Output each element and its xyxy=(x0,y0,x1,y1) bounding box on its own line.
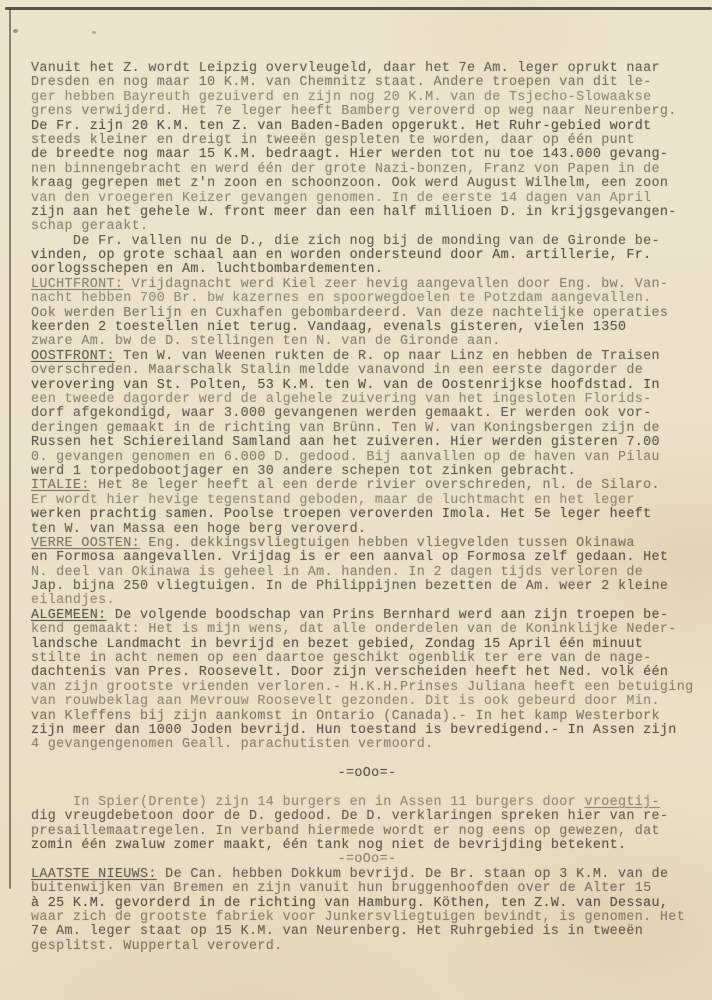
typewritten-text: Russen het Schiereiland Samland aan het … xyxy=(31,435,660,450)
text-line: dig vreugdebetoon door de D. gedood. De … xyxy=(31,810,703,824)
typewritten-text: oorlogsschepen en Am. luchtbombardemente… xyxy=(31,262,383,277)
text-line: en Formosa aangevallen. Vrijdag is er ee… xyxy=(31,551,703,565)
underlined-text: ITALIE: xyxy=(31,478,90,493)
typewritten-text: Dresden en nog maar 10 K.M. van Chemnitz… xyxy=(31,75,652,90)
document-text: Vanuit het Z. wordt Leipzig overvleugeld… xyxy=(31,62,703,954)
underlined-text: LUCHTFRONT: xyxy=(31,277,123,292)
typewritten-text: keerden 2 toestellen niet terug. Vandaag… xyxy=(31,320,626,335)
text-line: presaillemaatregelen. In verband hiermed… xyxy=(31,825,703,839)
text-line: 0. gevangen genomen en 6.000 D. gedood. … xyxy=(31,451,703,465)
typewritten-text: van rouwbeklag aan Mevrouw Roosevelt gez… xyxy=(31,694,660,709)
underlined-text: VERRE OOSTEN: xyxy=(31,536,140,551)
typewritten-text: waar zich de grootste fabriek voor Junke… xyxy=(31,910,685,925)
text-line: 7e Am. leger staat op 15 K.M. van Neuren… xyxy=(31,925,703,939)
ink-speck xyxy=(92,31,96,34)
typewritten-text: zijn meer dan 1000 Joden bevrijd. Hun to… xyxy=(31,723,677,738)
typewritten-text: De Can. hebben Dokkum bevrijd. De Br. st… xyxy=(157,867,669,882)
text-line: ger hebben Bayreuth gezuiverd en zijn no… xyxy=(31,91,703,105)
text-line: oorlogsschepen en Am. luchtbombardemente… xyxy=(31,263,703,277)
underlined-text: LAATSTE NIEUWS: xyxy=(31,867,157,882)
text-line: van den vroegeren Keizer gevangen genome… xyxy=(31,192,703,206)
typewritten-text: 4 gevangengenomen Geall. parachutisten v… xyxy=(31,737,434,752)
text-line: Russen het Schiereiland Samland aan het … xyxy=(31,436,703,450)
typewritten-text: zomin één zwaluw zomer maakt, één tank n… xyxy=(31,838,626,853)
typewritten-text: De Fr. zijn 20 K.M. ten Z. van Baden-Bad… xyxy=(31,119,652,134)
text-line: kend gemaakt: Het is mijn wens, dat alle… xyxy=(31,623,703,637)
typewritten-text: zware Am. bw de D. stellingen ten N. van… xyxy=(31,334,501,349)
text-line: zware Am. bw de D. stellingen ten N. van… xyxy=(31,335,703,349)
text-line: landsche Landmacht in bevrijd en bezet g… xyxy=(31,638,703,652)
ink-speck xyxy=(13,29,18,33)
typewritten-text: gesplitst. Wuppertal veroverd. xyxy=(31,939,283,954)
typewritten-text: Het 8e leger heeft al een derde rivier o… xyxy=(90,478,660,493)
typewritten-text: kraag gegrepen met z'n zoon en schoonzoo… xyxy=(31,176,668,191)
text-line: 4 gevangengenomen Geall. parachutisten v… xyxy=(31,738,703,752)
typewritten-text: steeds kleiner en dreigt in tweeën gespl… xyxy=(31,133,635,148)
typewritten-text: N. deel van Okinawa is geheel in Am. han… xyxy=(31,565,643,580)
typewritten-text: verovering van St. Polten, 53 K.M. ten W… xyxy=(31,378,660,393)
text-line: gesplitst. Wuppertal veroverd. xyxy=(31,940,703,954)
typewritten-text: overschreden. Maarschalk Stalin meldde v… xyxy=(31,363,643,378)
scanned-document-page: { "colors": { "paper": "#ebe1c9", "ink":… xyxy=(0,0,712,1000)
typewritten-text: vinden, op grote schaal aan en worden on… xyxy=(31,248,652,263)
typewritten-text: ger hebben Bayreuth gezuiverd en zijn no… xyxy=(31,90,652,105)
typewritten-text: In Spier(Drente) zijn 14 burgers en in A… xyxy=(31,795,584,810)
typewritten-text: deringen gemaakt in de richting van Brün… xyxy=(31,421,660,436)
text-line: werken prachtig samen. Poolse troepen ve… xyxy=(31,508,703,522)
typewritten-text: van den vroegeren Keizer gevangen genome… xyxy=(31,191,652,206)
blank-line xyxy=(31,782,703,796)
typewritten-text: Ten W. van Weenen rukten de R. op naar L… xyxy=(115,349,660,364)
text-line: ten W. van Massa een hoge berg veroverd. xyxy=(31,523,703,537)
underlined-text: OOSTFRONT: xyxy=(31,349,115,364)
underlined-text: vroegtij- xyxy=(584,795,659,810)
typewritten-text: een tweede dagorder werd de algehele zui… xyxy=(31,392,652,407)
typewritten-text: Ook werden Berlijn en Cuxhafen gebombard… xyxy=(31,306,668,321)
text-line: deringen gemaakt in de richting van Brün… xyxy=(31,422,703,436)
scan-edge-left xyxy=(9,9,11,889)
typewritten-text: De volgende boodschap van Prins Bernhard… xyxy=(106,608,668,623)
typewritten-text: Vrijdagnacht werd Kiel zeer hevig aangev… xyxy=(123,277,668,292)
text-line: van Kleffens bij zijn aankomst in Ontari… xyxy=(31,710,703,724)
text-line: eilandjes. xyxy=(31,594,703,608)
typewritten-text: presaillemaatregelen. In verband hiermed… xyxy=(31,824,660,839)
typewritten-text: van zijn grootste vrienden verloren.- H.… xyxy=(31,680,693,695)
typewritten-text: dig vreugdebetoon door de D. gedood. De … xyxy=(31,809,668,824)
text-line: van rouwbeklag aan Mevrouw Roosevelt gez… xyxy=(31,695,703,709)
text-line: verovering van St. Polten, 53 K.M. ten W… xyxy=(31,379,703,393)
typewritten-text: 7e Am. leger staat op 15 K.M. van Neuren… xyxy=(31,924,643,939)
typewritten-text: à 25 K.M. gevorderd in de richting van H… xyxy=(31,896,668,911)
text-line: De Fr. zijn 20 K.M. ten Z. van Baden-Bad… xyxy=(31,120,703,134)
blank-line xyxy=(31,753,703,767)
typewritten-text: dorf afgekondigd, waar 3.000 gevangenen … xyxy=(31,406,652,421)
typewritten-text: Jap. bijna 250 vliegtuigen. In de Philip… xyxy=(31,579,668,594)
section-separator: -=oOo=- xyxy=(31,767,703,781)
text-line: schap geraakt. xyxy=(31,220,703,234)
typewritten-text: zijn aan het gehele W. front meer dan ee… xyxy=(31,205,677,220)
text-line: buitenwijken van Bremen en zijn vanuit h… xyxy=(31,882,703,896)
typewritten-text: werken prachtig samen. Poolse troepen ve… xyxy=(31,507,652,522)
text-line: nen binnengebracht en werd één der grote… xyxy=(31,163,703,177)
text-line: ITALIE: Het 8e leger heeft al een derde … xyxy=(31,479,703,493)
text-line: de breedte nog maar 15 K.M. bedraagt. Hi… xyxy=(31,148,703,162)
typewritten-text: werd 1 torpedobootjager en 30 andere sch… xyxy=(31,464,576,479)
text-line: N. deel van Okinawa is geheel in Am. han… xyxy=(31,566,703,580)
typewritten-text: van Kleffens bij zijn aankomst in Ontari… xyxy=(31,709,660,724)
typewritten-text: kend gemaakt: Het is mijn wens, dat alle… xyxy=(31,622,677,637)
typewritten-text: de breedte nog maar 15 K.M. bedraagt. Hi… xyxy=(31,147,668,162)
text-line: kraag gegrepen met z'n zoon en schoonzoo… xyxy=(31,177,703,191)
text-line: grens verwijderd. Het 7e leger heeft Bam… xyxy=(31,105,703,119)
text-line: overschreden. Maarschalk Stalin meldde v… xyxy=(31,364,703,378)
typewritten-text: buitenwijken van Bremen en zijn vanuit h… xyxy=(31,881,652,896)
text-line: dorf afgekondigd, waar 3.000 gevangenen … xyxy=(31,407,703,421)
typewritten-text: De Fr. vallen nu de D., die zich nog bij… xyxy=(31,234,660,249)
scan-edge-top xyxy=(5,7,712,10)
typewritten-text: schap geraakt. xyxy=(31,219,148,234)
text-line: nacht hebben 700 Br. bw kazernes en spoo… xyxy=(31,292,703,306)
text-line: De Fr. vallen nu de D., die zich nog bij… xyxy=(31,235,703,249)
typewritten-text: 0. gevangen genomen en 6.000 D. gedood. … xyxy=(31,450,660,465)
text-line: dachtenis van Pres. Roosevelt. Door zijn… xyxy=(31,666,703,680)
text-line: Er wordt hier hevige tegenstand geboden,… xyxy=(31,494,703,508)
typewritten-text: nen binnengebracht en werd één der grote… xyxy=(31,162,660,177)
typewritten-text: Eng. dekkingsvliegtuigen hebben vliegvel… xyxy=(140,536,635,551)
section-separator: -=oOo=- xyxy=(31,853,703,867)
typewritten-text: dachtenis van Pres. Roosevelt. Door zijn… xyxy=(31,665,668,680)
typewritten-text: grens verwijderd. Het 7e leger heeft Bam… xyxy=(31,104,677,119)
typewritten-text: Er wordt hier hevige tegenstand geboden,… xyxy=(31,493,635,508)
typewritten-text: eilandjes. xyxy=(31,593,115,608)
underlined-text: ALGEMEEN: xyxy=(31,608,106,623)
typewritten-text: landsche Landmacht in bevrijd en bezet g… xyxy=(31,637,643,652)
typewritten-text: en Formosa aangevallen. Vrijdag is er ee… xyxy=(31,550,668,565)
text-line: à 25 K.M. gevorderd in de richting van H… xyxy=(31,897,703,911)
typewritten-text: nacht hebben 700 Br. bw kazernes en spoo… xyxy=(31,291,652,306)
text-line: Dresden en nog maar 10 K.M. van Chemnitz… xyxy=(31,76,703,90)
text-line: Jap. bijna 250 vliegtuigen. In de Philip… xyxy=(31,580,703,594)
typewritten-text: stilte in acht nemen op een daartoe gesc… xyxy=(31,651,652,666)
text-line: Ook werden Berlijn en Cuxhafen gebombard… xyxy=(31,307,703,321)
typewritten-text: Vanuit het Z. wordt Leipzig overvleugeld… xyxy=(31,61,660,76)
typewritten-text: ten W. van Massa een hoge berg veroverd. xyxy=(31,522,366,537)
